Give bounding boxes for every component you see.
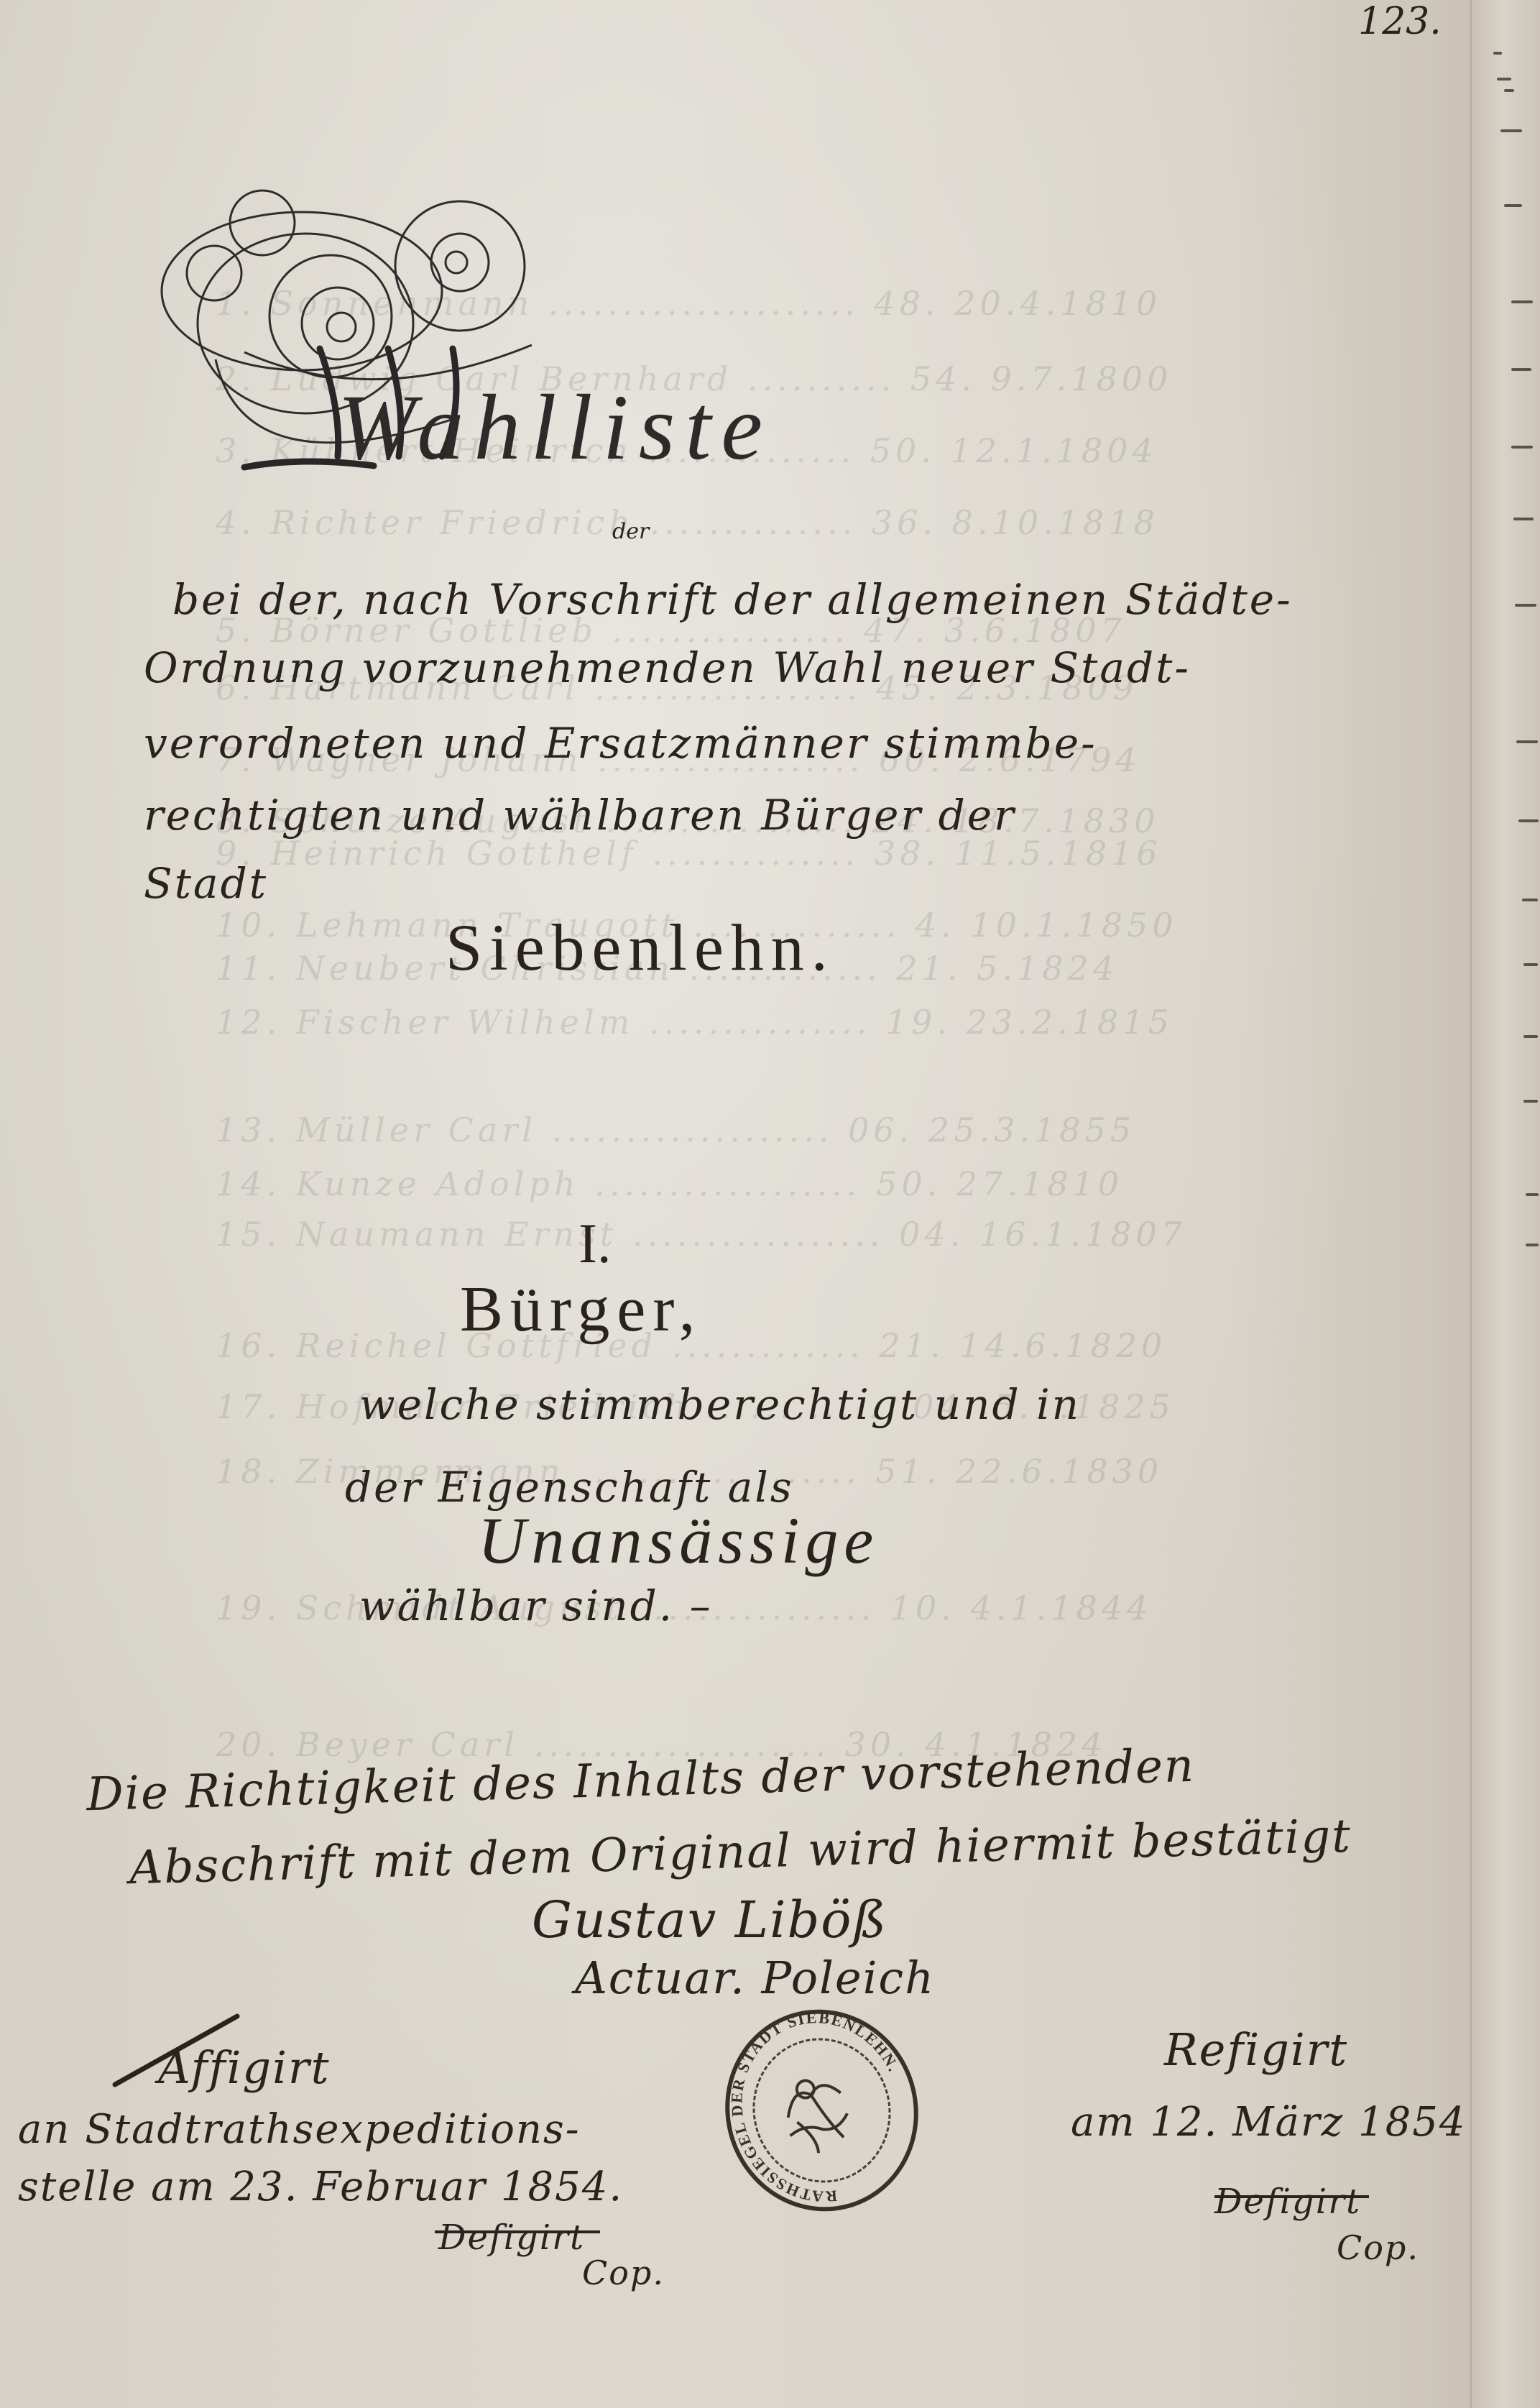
cop-abbrev: Cop. <box>1337 2228 1419 2267</box>
cop-abbrev: Cop. <box>582 2253 665 2292</box>
note-line: stelle am 23. Februar 1854. <box>18 2164 623 2210</box>
section-number: I. <box>578 1211 611 1276</box>
intro-line: bei der, nach Vorschrift der allgemeinen… <box>172 575 1293 624</box>
section-category: Unansässige <box>478 1502 879 1578</box>
note-line: am 12. März 1854. <box>1071 2099 1480 2146</box>
strike-line <box>435 2230 600 2233</box>
certification-line: Abschrift mit dem Original wird hiermit … <box>129 1810 1352 1895</box>
section-heading: Bürger, <box>460 1272 702 1346</box>
intro-line: rechtigten und wählbaren Bürger der <box>144 791 1016 840</box>
facing-page-edge <box>1470 0 1540 2408</box>
note-line: an Stadtrathsexpeditions- <box>18 2106 581 2153</box>
document-title: Wahlliste <box>338 374 773 482</box>
defigirt-struck: Defigirt <box>438 2218 585 2258</box>
strike-line <box>1214 2195 1369 2198</box>
section-closing: wählbar sind. – <box>359 1581 713 1630</box>
intro-line: Ordnung vorzunehmenden Wahl neuer Stadt- <box>144 643 1191 692</box>
signature-primary: Gustav Liböß <box>532 1890 887 1949</box>
intro-line: Stadt <box>144 859 268 908</box>
intro-line: verordneten und Ersatzmänner stimmbe- <box>144 719 1097 768</box>
connector-der: der <box>612 519 649 544</box>
section-line: welche stimmberechtigt und in <box>359 1380 1081 1429</box>
affigirt-label: Affigirt <box>158 2041 330 2094</box>
town-name: Siebenlehn. <box>446 909 835 985</box>
page-number: 123. <box>1358 0 1442 43</box>
town-seal-stamp: RATHSSIEGEL DER STADT SIEBENLEHN. <box>699 1985 944 2237</box>
document-page: 1. Sonnenmann ..................... 48. … <box>0 0 1540 2408</box>
defigirt-struck: Defigirt <box>1214 2182 1361 2222</box>
refigirt-label: Refigirt <box>1164 2023 1348 2076</box>
